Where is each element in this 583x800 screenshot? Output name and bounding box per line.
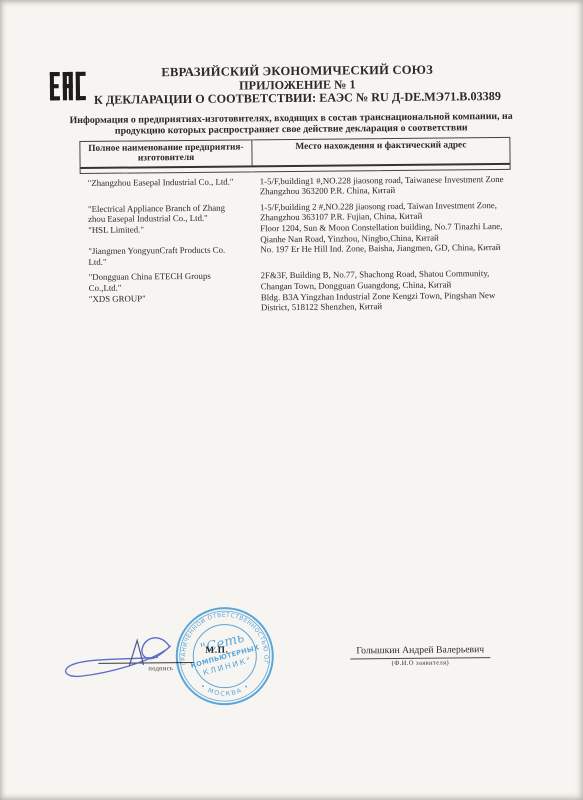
- manufacturer-address: 2F&3F, Building B, No.77, Shachong Road,…: [253, 268, 512, 292]
- manufacturer-address: No. 197 Er He Hill Ind. Zone, Baisha, Ji…: [252, 242, 511, 255]
- title-declaration-number: К ДЕКЛАРАЦИИ О СООТВЕТСТВИИ: ЕАЭС № RU Д…: [70, 90, 525, 108]
- manufacturer-name: "Dongguan China ETECH Groups Co.,Ltd.": [81, 271, 253, 294]
- applicant-block: Голышкин Андрей Валерьевич (Ф.И.О заявит…: [338, 639, 502, 668]
- scanned-document-page: EAC ЕВРАЗИЙСКИЙ ЭКОНОМИЧЕСКИЙ СОЮЗ ПРИЛО…: [0, 0, 583, 800]
- company-round-stamp: ОБЩЕСТВО С ОГРАНИЧЕННОЙ ОТВЕТСТВЕННОСТЬЮ…: [174, 605, 276, 707]
- svg-text:• МОСКВА •: • МОСКВА •: [199, 682, 252, 698]
- manufacturers-table: Полное наименование предприятия-изготови…: [79, 137, 512, 315]
- handwritten-signature: [47, 619, 183, 695]
- stamp-ring-text-bottom: • МОСКВА •: [199, 682, 252, 698]
- document-content: EAC ЕВРАЗИЙСКИЙ ЭКОНОМИЧЕСКИЙ СОЮЗ ПРИЛО…: [0, 0, 583, 800]
- manufacturer-name: "HSL Limited.": [80, 223, 252, 235]
- table-body: "Zhangzhou Easepal Industrial Co., Ltd."…: [80, 173, 512, 314]
- table-header-row: Полное наименование предприятия-изготови…: [80, 138, 509, 169]
- manufacturer-name: "XDS GROUP": [81, 292, 253, 304]
- manufacturer-address: Bldg. B3A Yingzhan Industrial Zone Kengz…: [253, 289, 512, 313]
- manufacturer-name: "Electrical Appliance Branch of Zhang zh…: [80, 202, 252, 225]
- applicant-caption: (Ф.И.О заявителя): [338, 659, 502, 668]
- table-row: "XDS GROUP" Bldg. B3A Yingzhan Industria…: [81, 289, 512, 314]
- manufacturer-name: "Jiangmen YongyunCraft Products Co. Ltd.…: [80, 245, 252, 268]
- column-header-address: Место нахождения и фактический адрес: [252, 138, 509, 165]
- manufacturer-name: "Zhangzhou Easepal Industrial Co., Ltd.": [80, 176, 252, 188]
- manufacturer-address: 1-5/F,building1 #,NO.228 jiaosong road, …: [252, 173, 511, 197]
- manufacturer-address: 1-5/F,building 2 #,NO.228 jiaosong road,…: [252, 200, 511, 224]
- applicant-name: Голышкин Андрей Валерьевич: [350, 644, 490, 659]
- table-row: "Zhangzhou Easepal Industrial Co., Ltd."…: [80, 173, 511, 198]
- table-row: "Jiangmen YongyunCraft Products Co. Ltd.…: [80, 242, 511, 267]
- column-header-manufacturer: Полное наименование предприятия-изготови…: [80, 140, 252, 166]
- table-header: Полное наименование предприятия-изготови…: [79, 137, 510, 174]
- document-title-block: ЕВРАЗИЙСКИЙ ЭКОНОМИЧЕСКИЙ СОЮЗ ПРИЛОЖЕНИ…: [70, 63, 525, 108]
- document-subtitle: Информация о предприятиях-изготовителях,…: [57, 112, 525, 138]
- manufacturer-address: Floor 1204, Sun & Moon Constellation bui…: [252, 221, 511, 245]
